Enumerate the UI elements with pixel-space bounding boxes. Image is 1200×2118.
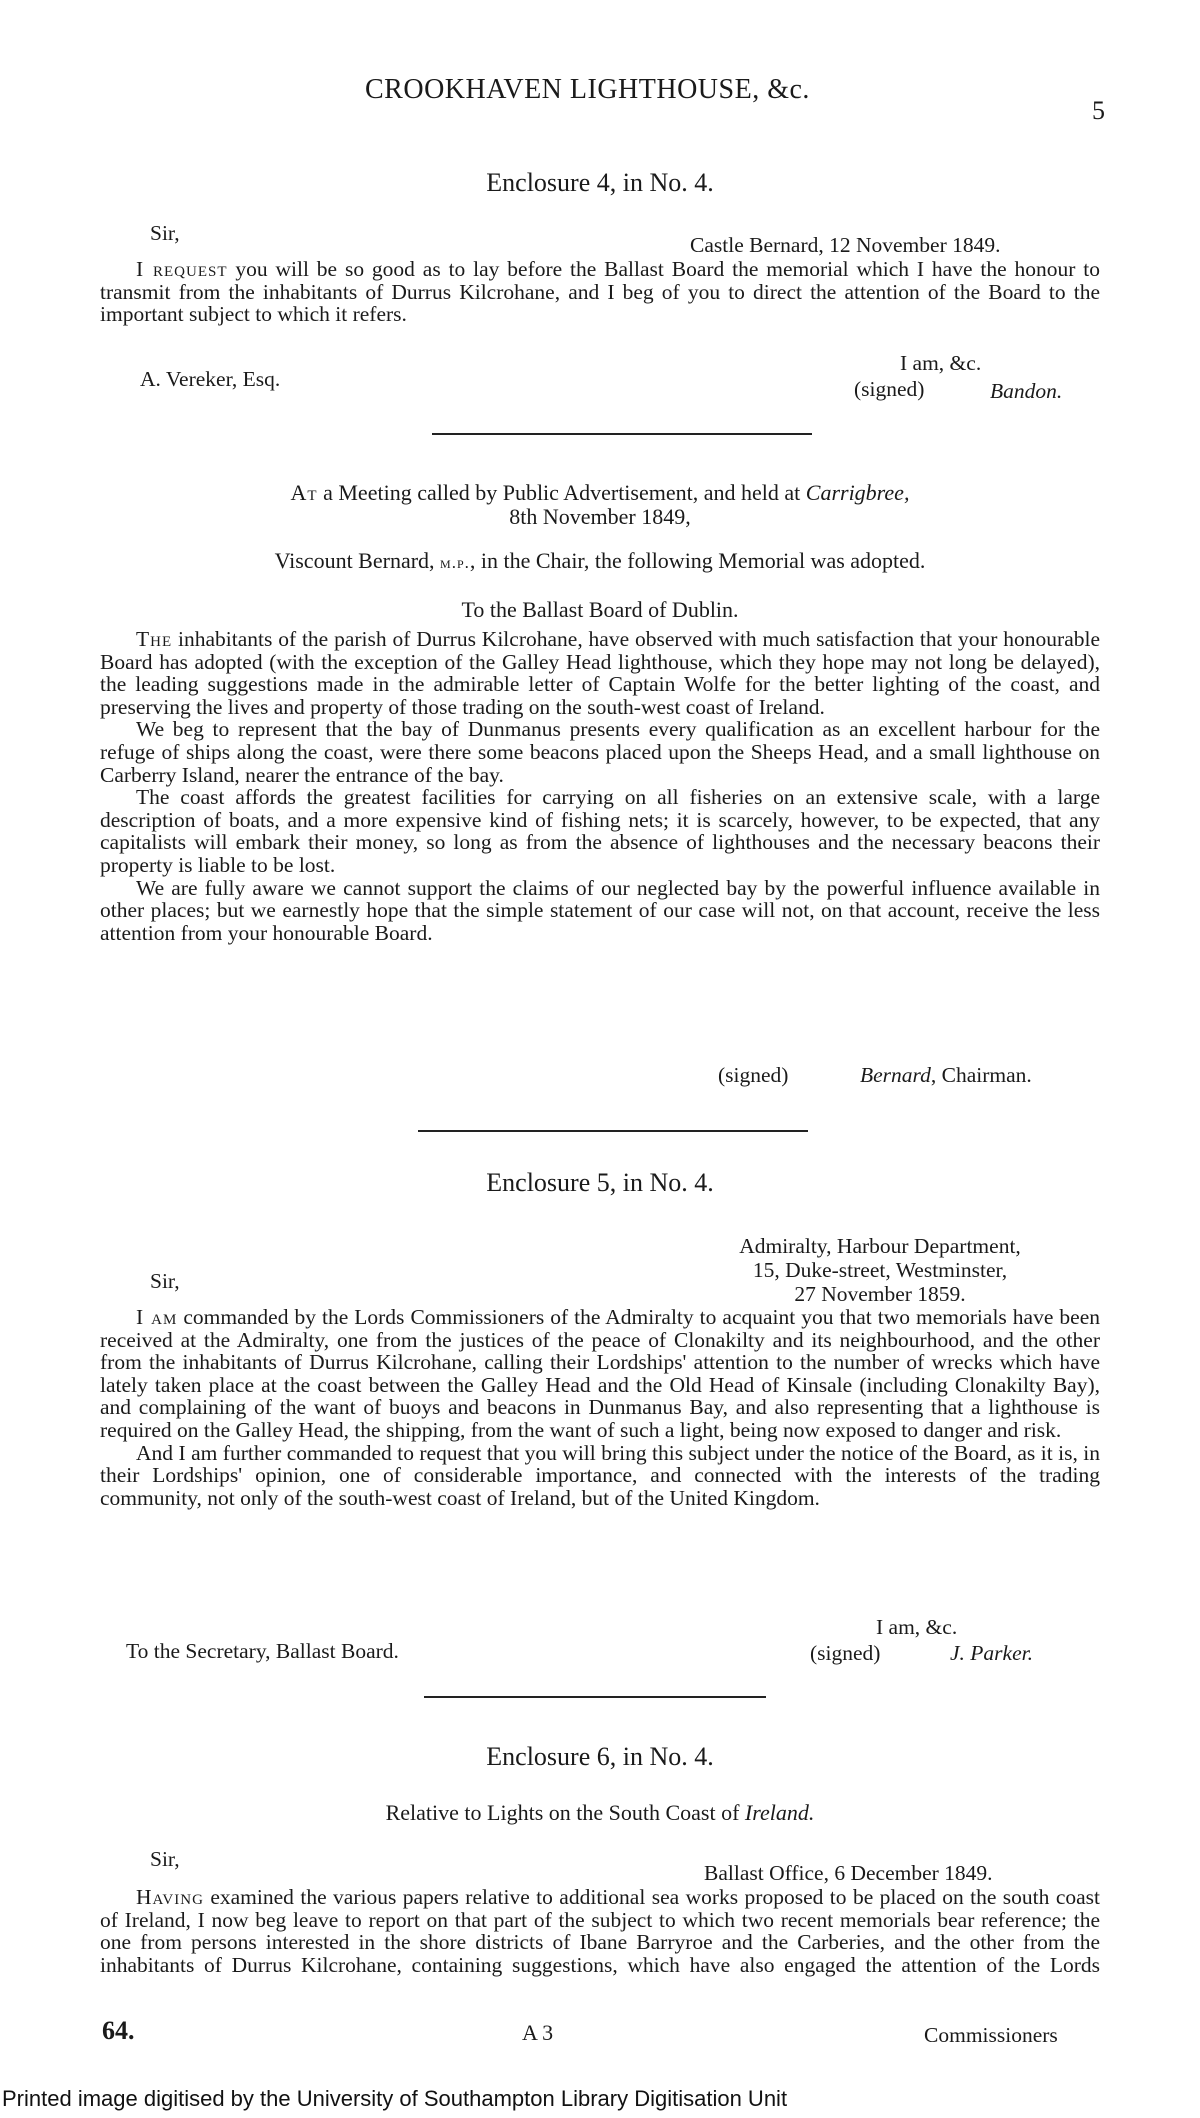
paragraph-text: inhabitants of the parish of Durrus Kilc…: [100, 627, 1100, 719]
memorial-signed-label: (signed): [718, 1064, 788, 1088]
enclosure-6-place-date: Ballast Office, 6 December 1849.: [704, 1862, 993, 1886]
enclosure-5-date: 27 November 1859.: [690, 1283, 1070, 1307]
section-divider: [424, 1696, 766, 1698]
paragraph-text: commanded by the Lords Commissioners of …: [100, 1305, 1100, 1442]
enclosure-5-addressee: To the Secretary, Ballast Board.: [126, 1640, 399, 1664]
meeting-date: 8th November 1849,: [0, 504, 1200, 530]
enclosure-4-salutation: Sir,: [150, 222, 180, 246]
enclosure-5-signatory: J. Parker.: [950, 1642, 1033, 1666]
chair-name: Viscount Bernard,: [275, 548, 440, 573]
enclosure-6-salutation: Sir,: [150, 1848, 180, 1872]
enclosure-4-signatory: Bandon.: [990, 380, 1062, 404]
enclosure-4-closing: I am, &c.: [900, 352, 981, 376]
paragraph: The inhabitants of the parish of Durrus …: [100, 628, 1100, 718]
enclosure-4-title: Enclosure 4, in No. 4.: [0, 168, 1200, 198]
paragraph-lead: The: [136, 627, 172, 651]
paragraph-text: you will be so good as to lay before the…: [100, 257, 1100, 326]
enclosure-5-closing: I am, &c.: [876, 1616, 957, 1640]
paragraph: We beg to represent that the bay of Dunm…: [100, 718, 1100, 786]
chair-mp: m.p.: [440, 553, 470, 572]
meeting-line-1: At a Meeting called by Public Advertisem…: [0, 480, 1200, 506]
sheet-number: 64.: [102, 2016, 135, 2046]
memorial-signatory: Bernard: [860, 1063, 931, 1087]
subtitle-place: Ireland.: [745, 1800, 814, 1825]
page-number: 5: [1092, 96, 1105, 126]
paragraph-text: We are fully aware we cannot support the…: [100, 876, 1100, 945]
section-divider: [432, 433, 812, 435]
meeting-place: Carrigbree,: [806, 480, 910, 505]
enclosure-5-address-2: 15, Duke-street, Westminster,: [690, 1259, 1070, 1283]
meeting-chair-line: Viscount Bernard, m.p., in the Chair, th…: [0, 548, 1200, 574]
digitisation-note: Printed image digitised by the Universit…: [2, 2086, 787, 2112]
paragraph: Having examined the various papers relat…: [100, 1886, 1100, 1976]
memorial-signatory-title: , Chairman.: [931, 1063, 1032, 1087]
enclosure-6-body: Having examined the various papers relat…: [100, 1886, 1100, 1976]
paragraph: The coast affords the greatest facilitie…: [100, 786, 1100, 876]
enclosure-5-title: Enclosure 5, in No. 4.: [0, 1168, 1200, 1198]
paragraph-text: examined the various papers relative to …: [100, 1885, 1100, 1977]
enclosure-6-title: Enclosure 6, in No. 4.: [0, 1742, 1200, 1772]
paragraph-lead: Having: [136, 1885, 204, 1909]
enclosure-4-addressee: A. Vereker, Esq.: [140, 368, 280, 392]
meeting-line-text: a Meeting called by Public Advertisement…: [318, 480, 806, 505]
enclosure-5-salutation: Sir,: [150, 1270, 180, 1294]
paragraph: We are fully aware we cannot support the…: [100, 877, 1100, 945]
enclosure-4-signed-label: (signed): [854, 378, 924, 402]
paragraph-text: We beg to represent that the bay of Dunm…: [100, 717, 1100, 786]
paragraph-text: The coast affords the greatest facilitie…: [100, 785, 1100, 877]
chair-text: , in the Chair, the following Memorial w…: [470, 548, 926, 573]
memorial-body: The inhabitants of the parish of Durrus …: [100, 628, 1100, 944]
memorial-signature: Bernard, Chairman.: [860, 1064, 1032, 1088]
paragraph-text: And I am further commanded to request th…: [100, 1441, 1100, 1510]
paragraph: I am commanded by the Lords Commissioner…: [100, 1306, 1100, 1442]
enclosure-5-address-1: Admiralty, Harbour Department,: [690, 1235, 1070, 1259]
section-divider: [418, 1130, 808, 1132]
running-title: CROOKHAVEN LIGHTHOUSE, &c.: [365, 74, 810, 106]
document-page: CROOKHAVEN LIGHTHOUSE, &c. 5 Enclosure 4…: [0, 0, 1200, 2118]
paragraph-lead: I am: [136, 1305, 177, 1329]
paragraph: I request you will be so good as to lay …: [100, 258, 1100, 326]
memorial-addressee: To the Ballast Board of Dublin.: [0, 597, 1200, 623]
enclosure-4-body: I request you will be so good as to lay …: [100, 258, 1100, 326]
catchword: Commissioners: [924, 2024, 1058, 2048]
paragraph-lead: I request: [136, 257, 228, 281]
signature-mark: A 3: [522, 2020, 553, 2046]
paragraph: And I am further commanded to request th…: [100, 1442, 1100, 1510]
enclosure-5-body: I am commanded by the Lords Commissioner…: [100, 1306, 1100, 1509]
meeting-line-lead: At: [291, 480, 318, 505]
subtitle-text: Relative to Lights on the South Coast of: [386, 1800, 745, 1825]
enclosure-5-signed-label: (signed): [810, 1642, 880, 1666]
enclosure-6-subtitle: Relative to Lights on the South Coast of…: [0, 1800, 1200, 1826]
enclosure-4-place-date: Castle Bernard, 12 November 1849.: [690, 234, 1000, 258]
